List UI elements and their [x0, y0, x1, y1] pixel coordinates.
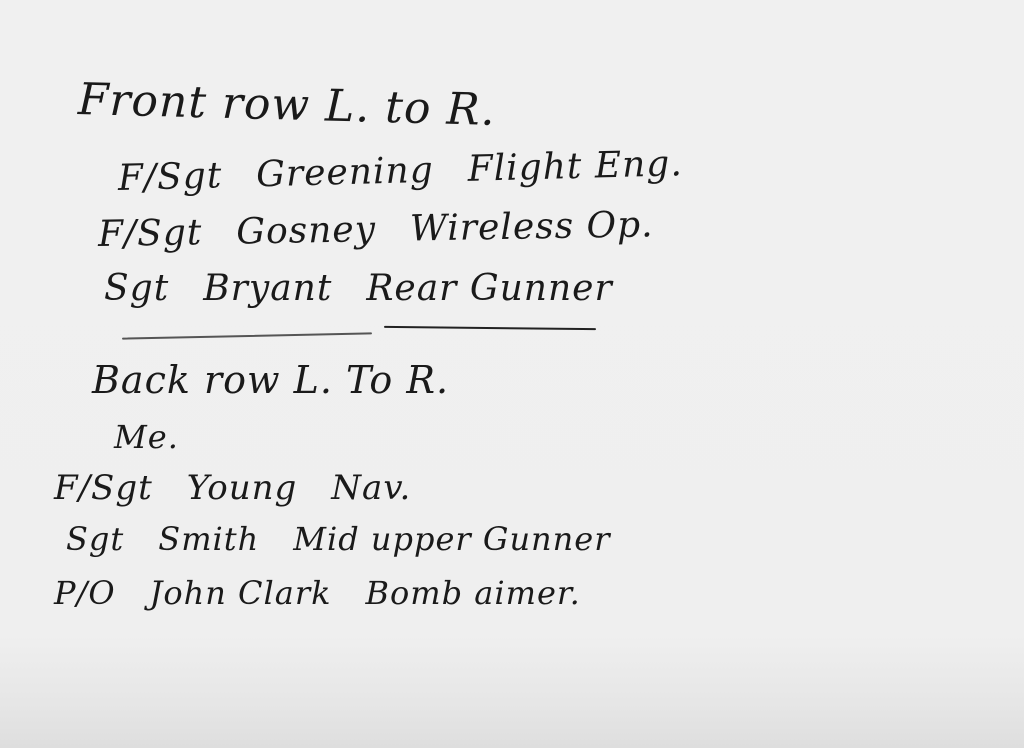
front-row-heading-text: Front row L. to R. [77, 74, 496, 136]
back-row-heading: Back row L. To R. [92, 358, 449, 402]
front-row-entry-1: F/SgtGreeningFlight Eng. [117, 142, 717, 199]
entry-name: Gosney [236, 209, 376, 252]
divider-underline-left [122, 332, 372, 339]
back-row-entry-4: P/OJohn ClarkBomb aimer. [54, 574, 615, 612]
entry-rank: Sgt [66, 520, 124, 558]
front-row-entry-2: F/SgtGosneyWireless Op. [98, 204, 688, 255]
entry-rank: Sgt [104, 268, 169, 309]
front-row-entry-3: SgtBryantRear Gunner [104, 268, 647, 309]
entry-role: Mid upper Gunner [293, 520, 610, 558]
entry-rank: P/O [54, 574, 116, 612]
back-row-entry-2: F/SgtYoungNav. [54, 468, 445, 508]
entry-name: John Clark [150, 574, 332, 612]
back-row-entry-1: Me. [114, 418, 213, 456]
entry-role: Wireless Op. [410, 204, 654, 249]
back-row-entry-3: SgtSmithMid upper Gunner [66, 520, 645, 558]
divider-underline-right [384, 326, 596, 330]
entry-rank: F/Sgt [54, 468, 153, 508]
back-row-heading-text: Back row L. To R. [92, 358, 449, 402]
entry-name: Smith [158, 520, 259, 558]
entry-name: Bryant [203, 268, 332, 309]
entry-role: Flight Eng. [467, 143, 683, 190]
paper-sheet: Front row L. to R. F/SgtGreeningFlight E… [0, 0, 1024, 748]
entry-rank: F/Sgt [117, 155, 222, 199]
entry-role: Bomb aimer. [366, 574, 581, 612]
entry-role: Nav. [331, 468, 411, 508]
entry-name: Young [187, 468, 298, 508]
entry-role: Rear Gunner [366, 268, 612, 309]
entry-name: Me. [114, 418, 179, 456]
entry-name: Greening [256, 150, 435, 196]
front-row-heading: Front row L. to R. [77, 74, 496, 136]
entry-rank: F/Sgt [98, 212, 203, 255]
